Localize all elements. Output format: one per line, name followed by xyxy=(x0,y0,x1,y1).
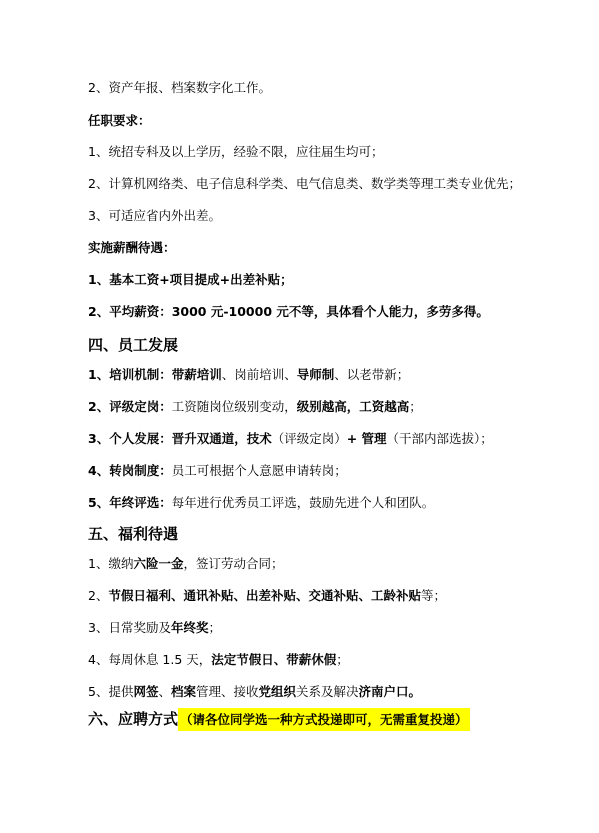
text-line: 2、节假日福利、通讯补贴、出差补贴、交通补贴、工龄补贴等； xyxy=(88,588,446,604)
text-segment: 2、资产年报、档案数字化工作。 xyxy=(88,80,271,95)
text-segment: （评级定岗） xyxy=(272,431,347,446)
text-segment: 档案 xyxy=(171,684,196,699)
text-segment: （干部内部选拔）； xyxy=(387,431,493,446)
text-segment: 员工可根据个人意愿申请转岗； xyxy=(172,463,347,478)
text-segment: ； xyxy=(208,620,221,635)
text-line: 3、个人发展：晋升双通道，技术（评级定岗）+ 管理（干部内部选拔）； xyxy=(88,431,493,447)
text-segment: 党组织 xyxy=(259,684,297,699)
text-line: 1、统招专科及以上学历，经验不限，应往届生均可； xyxy=(88,144,383,160)
text-segment: 网签 xyxy=(133,684,158,699)
text-line: 3、可适应省内外出差。 xyxy=(88,208,221,224)
heading-text: 六、应聘方式 xyxy=(88,710,178,728)
text-line: 2、计算机网络类、电子信息科学类、电气信息类、数学类等理工类专业优先； xyxy=(88,176,521,192)
text-segment: 5、提供 xyxy=(88,684,133,699)
text-line: 2、平均薪资：3000 元-10000 元不等，具体看个人能力，多劳多得。 xyxy=(88,304,489,320)
text-segment: 级别越高，工资越高 xyxy=(297,399,410,414)
highlighted-note: （请各位同学选一种方式投递即可，无需重复投递） xyxy=(178,708,470,731)
text-segment: 1、缴纳 xyxy=(88,556,133,571)
text-segment: 六险一金 xyxy=(133,556,183,571)
text-segment: 、岗前培训、 xyxy=(222,367,297,382)
text-line: 2、评级定岗：工资随岗位级别变动，级别越高，工资越高； xyxy=(88,399,422,415)
text-segment: 济南户口。 xyxy=(359,684,422,699)
section-heading-application: 六、应聘方式（请各位同学选一种方式投递即可，无需重复投递） xyxy=(88,709,470,730)
text-segment: 工资随岗位级别变动， xyxy=(172,399,297,414)
text-line: 5、年终评选：每年进行优秀员工评选，鼓励先进个人和团队。 xyxy=(88,495,434,511)
text-line: 1、基本工资+项目提成+出差补贴； xyxy=(88,272,293,288)
text-segment: + 管理 xyxy=(347,431,387,446)
text-segment: 等； xyxy=(421,588,446,603)
text-segment: ； xyxy=(409,399,422,414)
section-heading: 四、员工发展 xyxy=(88,335,178,355)
text-segment: 实施薪酬待遇： xyxy=(88,240,176,255)
text-segment: 四、员工发展 xyxy=(88,336,178,354)
text-segment: 5、年终评选： xyxy=(88,495,172,510)
text-segment: 任职要求： xyxy=(88,113,151,128)
text-segment: 4、每周休息 1.5 天， xyxy=(88,652,211,667)
text-segment: 每年进行优秀员工评选，鼓励先进个人和团队。 xyxy=(172,495,435,510)
text-segment: 关系及解决 xyxy=(296,684,359,699)
text-segment: 、以老带新； xyxy=(334,367,409,382)
text-segment: 1、基本工资+项目提成+出差补贴； xyxy=(88,272,293,287)
text-segment: 导师制 xyxy=(297,367,335,382)
text-line: 1、培训机制：带薪培训、岗前培训、导师制、以老带新； xyxy=(88,367,409,383)
text-line: 1、缴纳六险一金，签订劳动合同； xyxy=(88,556,283,572)
text-segment: 2、平均薪资：3000 元-10000 元不等，具体看个人能力，多劳多得。 xyxy=(88,304,489,319)
text-segment: 1、统招专科及以上学历，经验不限，应往届生均可； xyxy=(88,144,383,159)
text-segment: 2、计算机网络类、电子信息科学类、电气信息类、数学类等理工类专业优先； xyxy=(88,176,521,191)
section-heading: 五、福利待遇 xyxy=(88,524,178,544)
text-segment: 4、转岗制度： xyxy=(88,463,172,478)
text-segment: 1、培训机制：带薪培训 xyxy=(88,367,222,382)
text-segment: 、 xyxy=(158,684,171,699)
text-segment: 3、可适应省内外出差。 xyxy=(88,208,221,223)
text-segment: 五、福利待遇 xyxy=(88,525,178,543)
text-line: 4、每周休息 1.5 天，法定节假日、带薪休假； xyxy=(88,652,349,668)
text-line: 4、转岗制度：员工可根据个人意愿申请转岗； xyxy=(88,463,347,479)
text-segment: ； xyxy=(336,652,349,667)
text-segment: 2、 xyxy=(88,588,108,603)
text-segment: 法定节假日、带薪休假 xyxy=(211,652,336,667)
text-line: 3、日常奖励及年终奖； xyxy=(88,620,221,636)
text-segment: ，签订劳动合同； xyxy=(183,556,283,571)
text-segment: 年终奖 xyxy=(171,620,209,635)
text-segment: 3、个人发展：晋升双通道，技术 xyxy=(88,431,272,446)
text-segment: 节假日福利、通讯补贴、出差补贴、交通补贴、工龄补贴 xyxy=(108,588,421,603)
text-line: 实施薪酬待遇： xyxy=(88,240,176,256)
text-line: 2、资产年报、档案数字化工作。 xyxy=(88,80,271,96)
text-segment: 管理、接收 xyxy=(196,684,259,699)
text-line: 5、提供网签、档案管理、接收党组织关系及解决济南户口。 xyxy=(88,684,421,700)
text-segment: 3、日常奖励及 xyxy=(88,620,171,635)
text-segment: 2、评级定岗： xyxy=(88,399,172,414)
text-line: 任职要求： xyxy=(88,113,151,129)
